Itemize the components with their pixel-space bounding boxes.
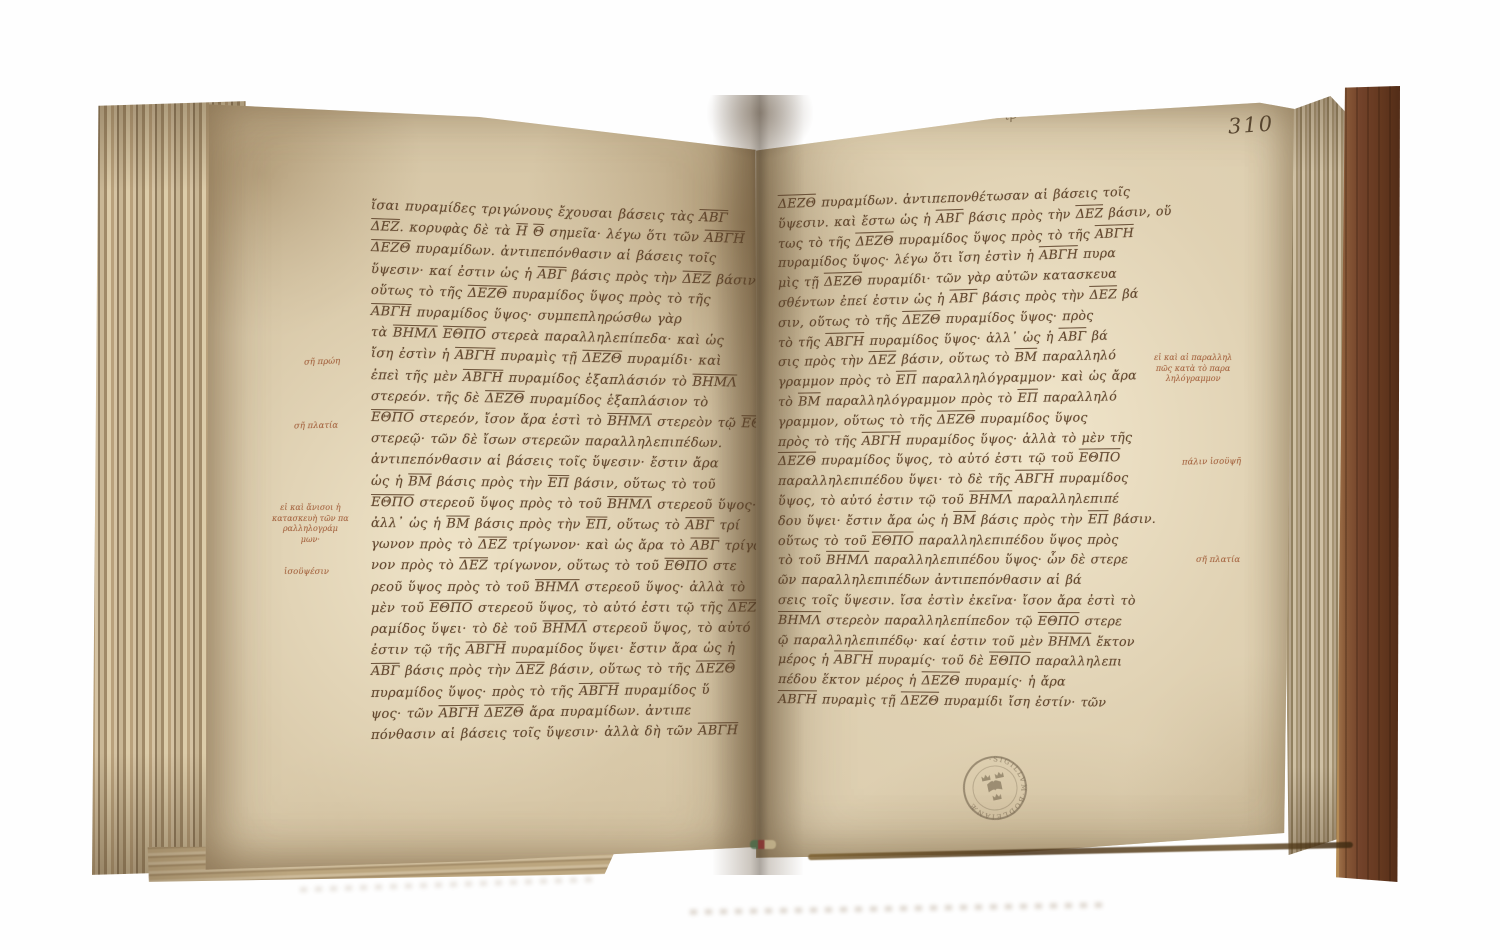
right-page: 310 ιβ ΔΕΖΘ πυραμίδων. ἀντιπεπονθέτωσαν … bbox=[754, 95, 1295, 867]
margin-note-line: εἰ καὶ αἱ παραλληλ bbox=[1154, 353, 1232, 364]
right-text-block: ΔΕΖΘ πυραμίδων. ἀντιπεπονθέτωσαν αἱ βάσε… bbox=[778, 194, 1182, 709]
manuscript-line: μὲν τοῦ ΕΘΠΟ στερεοῦ ὕψος, τὸ αὐτό ἐστι … bbox=[371, 597, 757, 619]
margin-note-line: σῆ πλατία bbox=[1196, 555, 1240, 566]
manuscript-line: ῶν παραλληλεπιπέδων ἀντιπεπόνθασιν αἱ βά bbox=[778, 570, 1182, 590]
quire-signature-mark: ιβ bbox=[1003, 106, 1019, 124]
manuscript-photo: ἴσαι πυραμίδες τριγώνους ἔχουσαι βάσεις … bbox=[0, 0, 1500, 950]
manuscript-line: δου ὕψει· ἔστιν ἄρα ὡς ἡ ΒΜ βάσις πρὸς τ… bbox=[778, 508, 1182, 530]
margin-note-line: κατασκευὴ τῶν πα bbox=[272, 514, 349, 525]
manuscript-line: σεις τοῖς ὕψεσιν. ἴσα ἐστὶν ἐκεῖνα· ἴσον… bbox=[778, 590, 1182, 611]
margin-note: σῆ πλατία bbox=[1196, 555, 1240, 566]
manuscript-line: οὕτως τὸ τοῦ ΕΘΠΟ παραλληλεπιπέδου ὕψος … bbox=[778, 529, 1182, 550]
margin-note-line: σῆ πλατία bbox=[294, 421, 338, 432]
margin-note-line: πάλιν ἰσοϋψῆ bbox=[1182, 456, 1241, 468]
manuscript-line: ῷ παραλληλεπιπέδῳ· καί ἐστιν τοῦ μὲν ΒΗΜ… bbox=[778, 630, 1182, 652]
margin-note-line: μων· bbox=[272, 535, 349, 546]
page-edge-ghost-marks bbox=[690, 902, 1110, 914]
margin-note-line: πῶς κατὰ τὸ παρα bbox=[1154, 364, 1232, 375]
manuscript-line: ραμίδος ὕψει· τὸ δὲ τοῦ ΒΗΜΛ στερεοῦ ὕψο… bbox=[371, 618, 757, 641]
margin-note: εἰ καὶ αἱ παραλληλ πῶς κατὰ τὸ παρα ληλό… bbox=[1154, 353, 1232, 385]
margin-note: πάλιν ἰσοϋψῆ bbox=[1182, 456, 1241, 468]
sewing-threads bbox=[750, 840, 776, 849]
manuscript-line: πόνθασιν αἱ βάσεις τοῖς ὕψεσιν· ἀλλὰ δὴ … bbox=[371, 720, 757, 746]
margin-note-line: ραλληλογράμ bbox=[272, 524, 349, 535]
margin-note: εἰ καὶ ἄνισοι ἡ κατασκευὴ τῶν πα ραλληλο… bbox=[272, 503, 349, 545]
leather-cover-edge bbox=[1336, 86, 1400, 882]
margin-note-line: εἰ καὶ ἄνισοι ἡ bbox=[272, 503, 349, 514]
manuscript-line: ΒΗΜΛ στερεὸν παραλληλεπίπεδον τῷ ΕΘΠΟ στ… bbox=[778, 610, 1182, 631]
bodleian-crest-icon bbox=[981, 771, 1008, 802]
manuscript-line: ρεοῦ ὕψος πρὸς τὸ τοῦ ΒΗΜΛ στερεοῦ ὕψος·… bbox=[371, 577, 757, 598]
manuscript-line: ἀλλ᾽ ὡς ἡ ΒΜ βάσις πρὸς τὴν ΕΠ, οὕτως τὸ… bbox=[371, 513, 757, 537]
left-page: ἴσαι πυραμίδες τριγώνους ἔχουσαι βάσεις … bbox=[204, 95, 760, 879]
manuscript-line: ΑΒΓΗ πυραμὶς τῇ ΔΕΖΘ πυραμίδι ἴση ἐστίν·… bbox=[778, 689, 1182, 713]
manuscript-line: τὸ τοῦ ΒΗΜΛ παραλληλεπιπέδου ὕψος· ὧν δὲ… bbox=[778, 550, 1182, 571]
manuscript-line: ὕψος, τὸ αὐτό ἐστιν τῷ τοῦ ΒΗΜΛ παραλληλ… bbox=[778, 488, 1182, 511]
library-stamp: ·SIGILLVM·BODLEIANÆ bbox=[944, 737, 1046, 839]
manuscript-line: νον πρὸς τὸ ΔΕΖ τρίγωνον, οὕτως τὸ τοῦ Ε… bbox=[371, 555, 757, 577]
margin-note-line: ληλόγραμμον bbox=[1154, 374, 1232, 385]
margin-note: σῆ πλατία bbox=[294, 421, 338, 432]
margin-note: ἰσοϋψέσιν bbox=[284, 567, 329, 578]
gutter-top-shadow bbox=[700, 95, 820, 185]
left-text-block: ἴσαι πυραμίδες τριγώνους ἔχουσαι βάσεις … bbox=[371, 195, 757, 746]
margin-note-line: ἰσοϋψέσιν bbox=[284, 567, 329, 578]
open-book: ἴσαι πυραμίδες τριγώνους ἔχουσαι βάσεις … bbox=[0, 0, 1500, 950]
margin-note-line: σῆ πρώη bbox=[304, 356, 341, 368]
page-edge-ghost-marks bbox=[300, 877, 600, 892]
margin-note: σῆ πρώη bbox=[304, 356, 341, 368]
gutter-shadow bbox=[712, 95, 804, 875]
folio-page-number: 310 bbox=[1227, 111, 1275, 138]
manuscript-line: γωνον πρὸς τὸ ΔΕΖ τρίγωνον· καὶ ὡς ἄρα τ… bbox=[371, 534, 757, 557]
